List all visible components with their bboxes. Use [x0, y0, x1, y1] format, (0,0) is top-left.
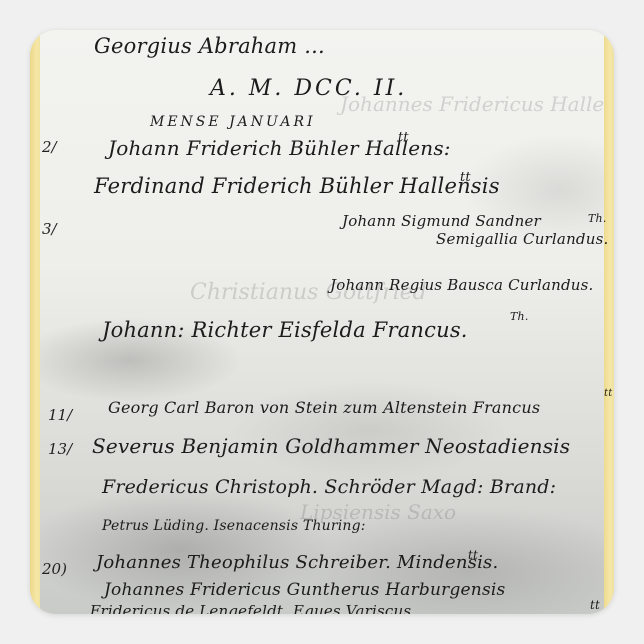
sticker-edge-right	[603, 30, 614, 614]
entry-line: Georg Carl Baron von Stein zum Altenstei…	[108, 398, 540, 417]
entry-line: Johann: Richter Eisfelda Francus.	[102, 318, 468, 342]
entry-mark: tt	[604, 388, 612, 399]
entry-line: Johannes Fridericus Guntherus Harburgens…	[104, 580, 505, 600]
entry-line: Semigallia Curlandus.	[436, 230, 608, 248]
entry-mark: tt	[398, 130, 409, 145]
image-canvas: Johannes Fridericus Halle Christianus Go…	[0, 0, 644, 644]
sticker: Johannes Fridericus Halle Christianus Go…	[30, 30, 614, 614]
entry-margin-number: 3/	[42, 220, 57, 238]
entry-line: ... Fridericus de Lengefeldt, Eques Vari…	[70, 602, 416, 614]
entry-line: Petrus Lüding. Isenacensis Thuring:	[102, 518, 366, 534]
month-line: MENSE JANUARI	[150, 114, 316, 130]
entry-margin-number: 20)	[42, 560, 67, 578]
entry-line: Johann Regius Bausca Curlandus.	[330, 276, 594, 294]
entry-line: Severus Benjamin Goldhammer Neostadiensi…	[92, 434, 570, 458]
entry-line: Johann Sigmund Sandner	[342, 212, 541, 230]
entry-mark: Th.	[510, 310, 529, 323]
entry-line: Ferdinand Friderich Bühler Hallensis	[94, 174, 500, 198]
entry-margin-number: 11/	[48, 406, 72, 424]
entry-mark: Th.	[588, 212, 607, 225]
entry-mark: tt	[460, 170, 471, 185]
manuscript-page: Johannes Fridericus Halle Christianus Go…	[40, 30, 604, 614]
header-line: Georgius Abraham ...	[94, 34, 325, 58]
year-line: A. M. DCC. II.	[210, 76, 407, 101]
entry-margin-number: 2/	[42, 138, 57, 156]
entry-mark: tt	[590, 598, 600, 612]
entry-margin-number: 13/	[48, 440, 72, 458]
entry-line: Fredericus Christoph. Schröder Magd: Bra…	[102, 476, 556, 498]
entry-mark: tt	[468, 548, 478, 562]
entry-line: Johannes Theophilus Schreiber. Mindensis…	[96, 552, 498, 573]
